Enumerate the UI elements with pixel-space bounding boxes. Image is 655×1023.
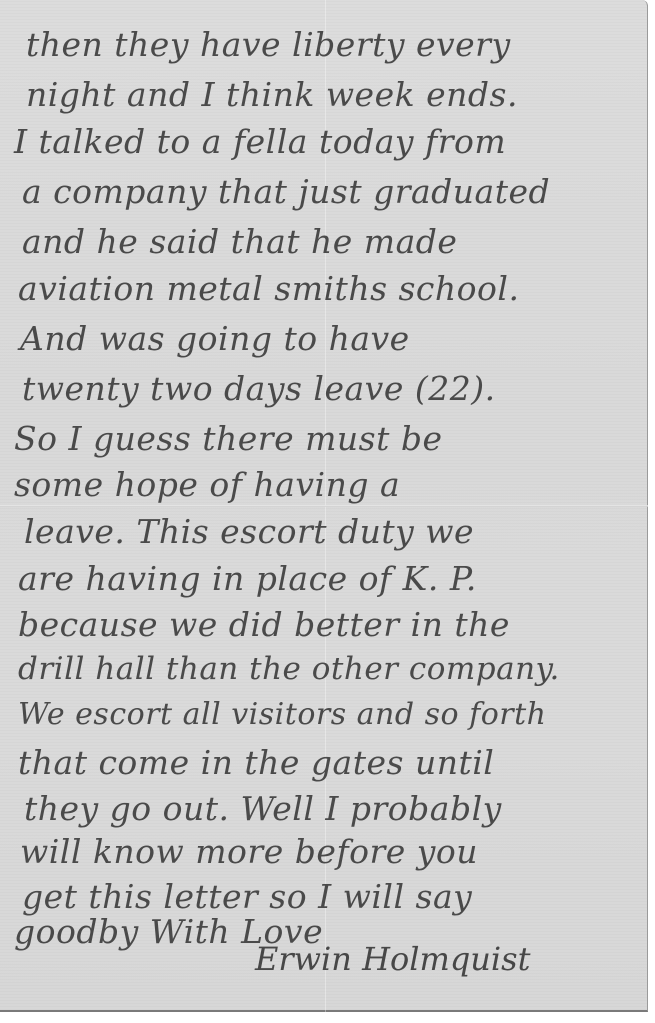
letter-line: drill hall than the other company.: [18, 654, 560, 685]
letter-line: will know more before you: [20, 835, 478, 868]
letter-line: then they have liberty every: [26, 28, 511, 61]
letter-line: night and I think week ends.: [26, 78, 518, 111]
letter-line: And was going to have: [20, 322, 410, 355]
letter-line: they go out. Well I probably: [24, 792, 502, 825]
signature: Erwin Holmquist: [255, 940, 530, 978]
letter-line: a company that just graduated: [22, 175, 550, 208]
letter-line: and he said that he made: [22, 225, 457, 258]
letter-line: leave. This escort duty we: [24, 515, 474, 548]
letter-line: because we did better in the: [18, 608, 510, 641]
letter-line: get this letter so I will say: [22, 880, 472, 913]
horizontal-fold-crease: [0, 505, 648, 507]
letter-line: are having in place of K. P.: [18, 562, 477, 595]
letter-line: that come in the gates until: [18, 746, 494, 779]
letter-line: I talked to a fella today from: [14, 125, 506, 158]
letter-line: We escort all visitors and so forth: [18, 700, 546, 730]
letter-line: So I guess there must be: [14, 422, 442, 455]
letter-page: then they have liberty every night and I…: [0, 0, 648, 1012]
letter-line: twenty two days leave (22).: [22, 372, 496, 405]
letter-line: some hope of having a: [14, 468, 400, 501]
letter-line: aviation metal smiths school.: [18, 272, 519, 305]
